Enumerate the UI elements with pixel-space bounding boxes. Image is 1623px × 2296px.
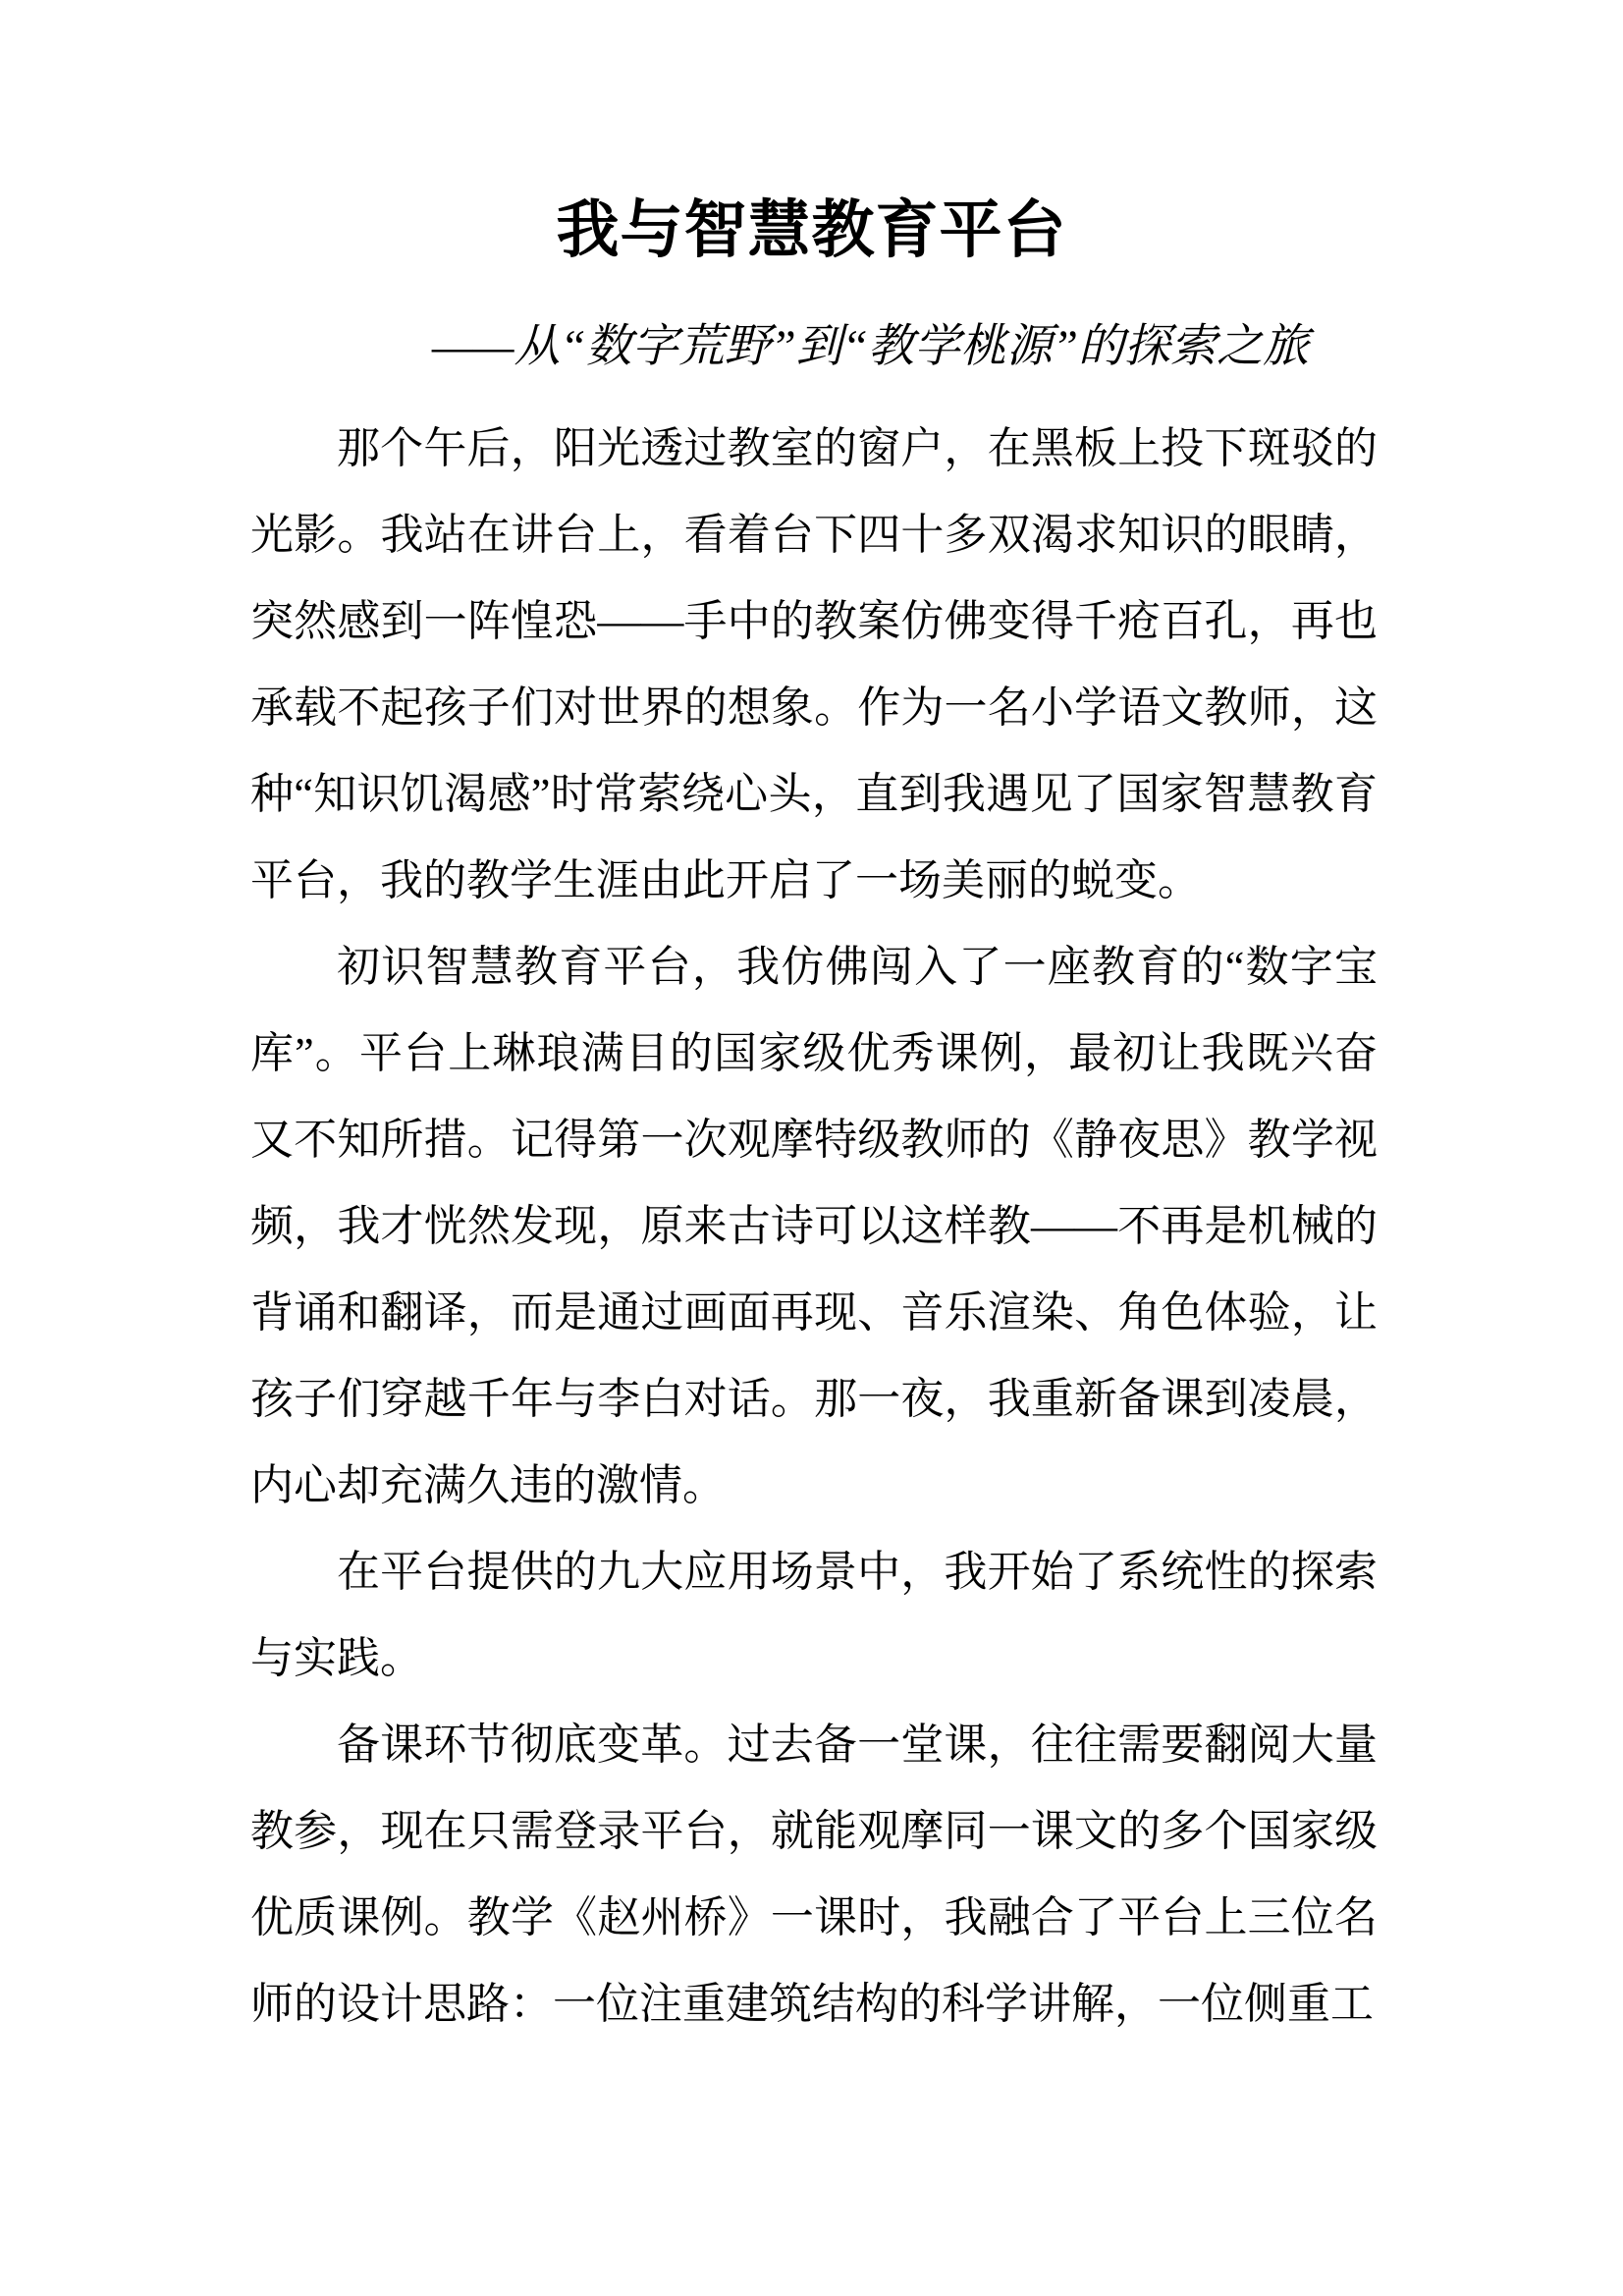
- document-page: 我与智慧教育平台 ——从“数字荒野”到“教学桃源”的探索之旅 那个午后，阳光透过…: [0, 0, 1623, 2296]
- paragraph-2: 初识智慧教育平台，我仿佛闯入了一座教育的“数字宝库”。平台上琳琅满目的国家级优秀…: [250, 924, 1378, 1529]
- page-title: 我与智慧教育平台: [0, 0, 1623, 268]
- page-subtitle: ——从“数字荒野”到“教学桃源”的探索之旅: [0, 311, 1623, 382]
- paragraph-4: 备课环节彻底变革。过去备一堂课，往往需要翻阅大量教参，现在只需登录平台，就能观摩…: [250, 1702, 1378, 2048]
- document-body: 那个午后，阳光透过教室的窗户，在黑板上投下斑驳的光影。我站在讲台上，看着台下四十…: [0, 406, 1623, 2048]
- paragraph-3: 在平台提供的九大应用场景中，我开始了系统性的探索与实践。: [250, 1529, 1378, 1702]
- paragraph-1: 那个午后，阳光透过教室的窗户，在黑板上投下斑驳的光影。我站在讲台上，看着台下四十…: [250, 406, 1378, 924]
